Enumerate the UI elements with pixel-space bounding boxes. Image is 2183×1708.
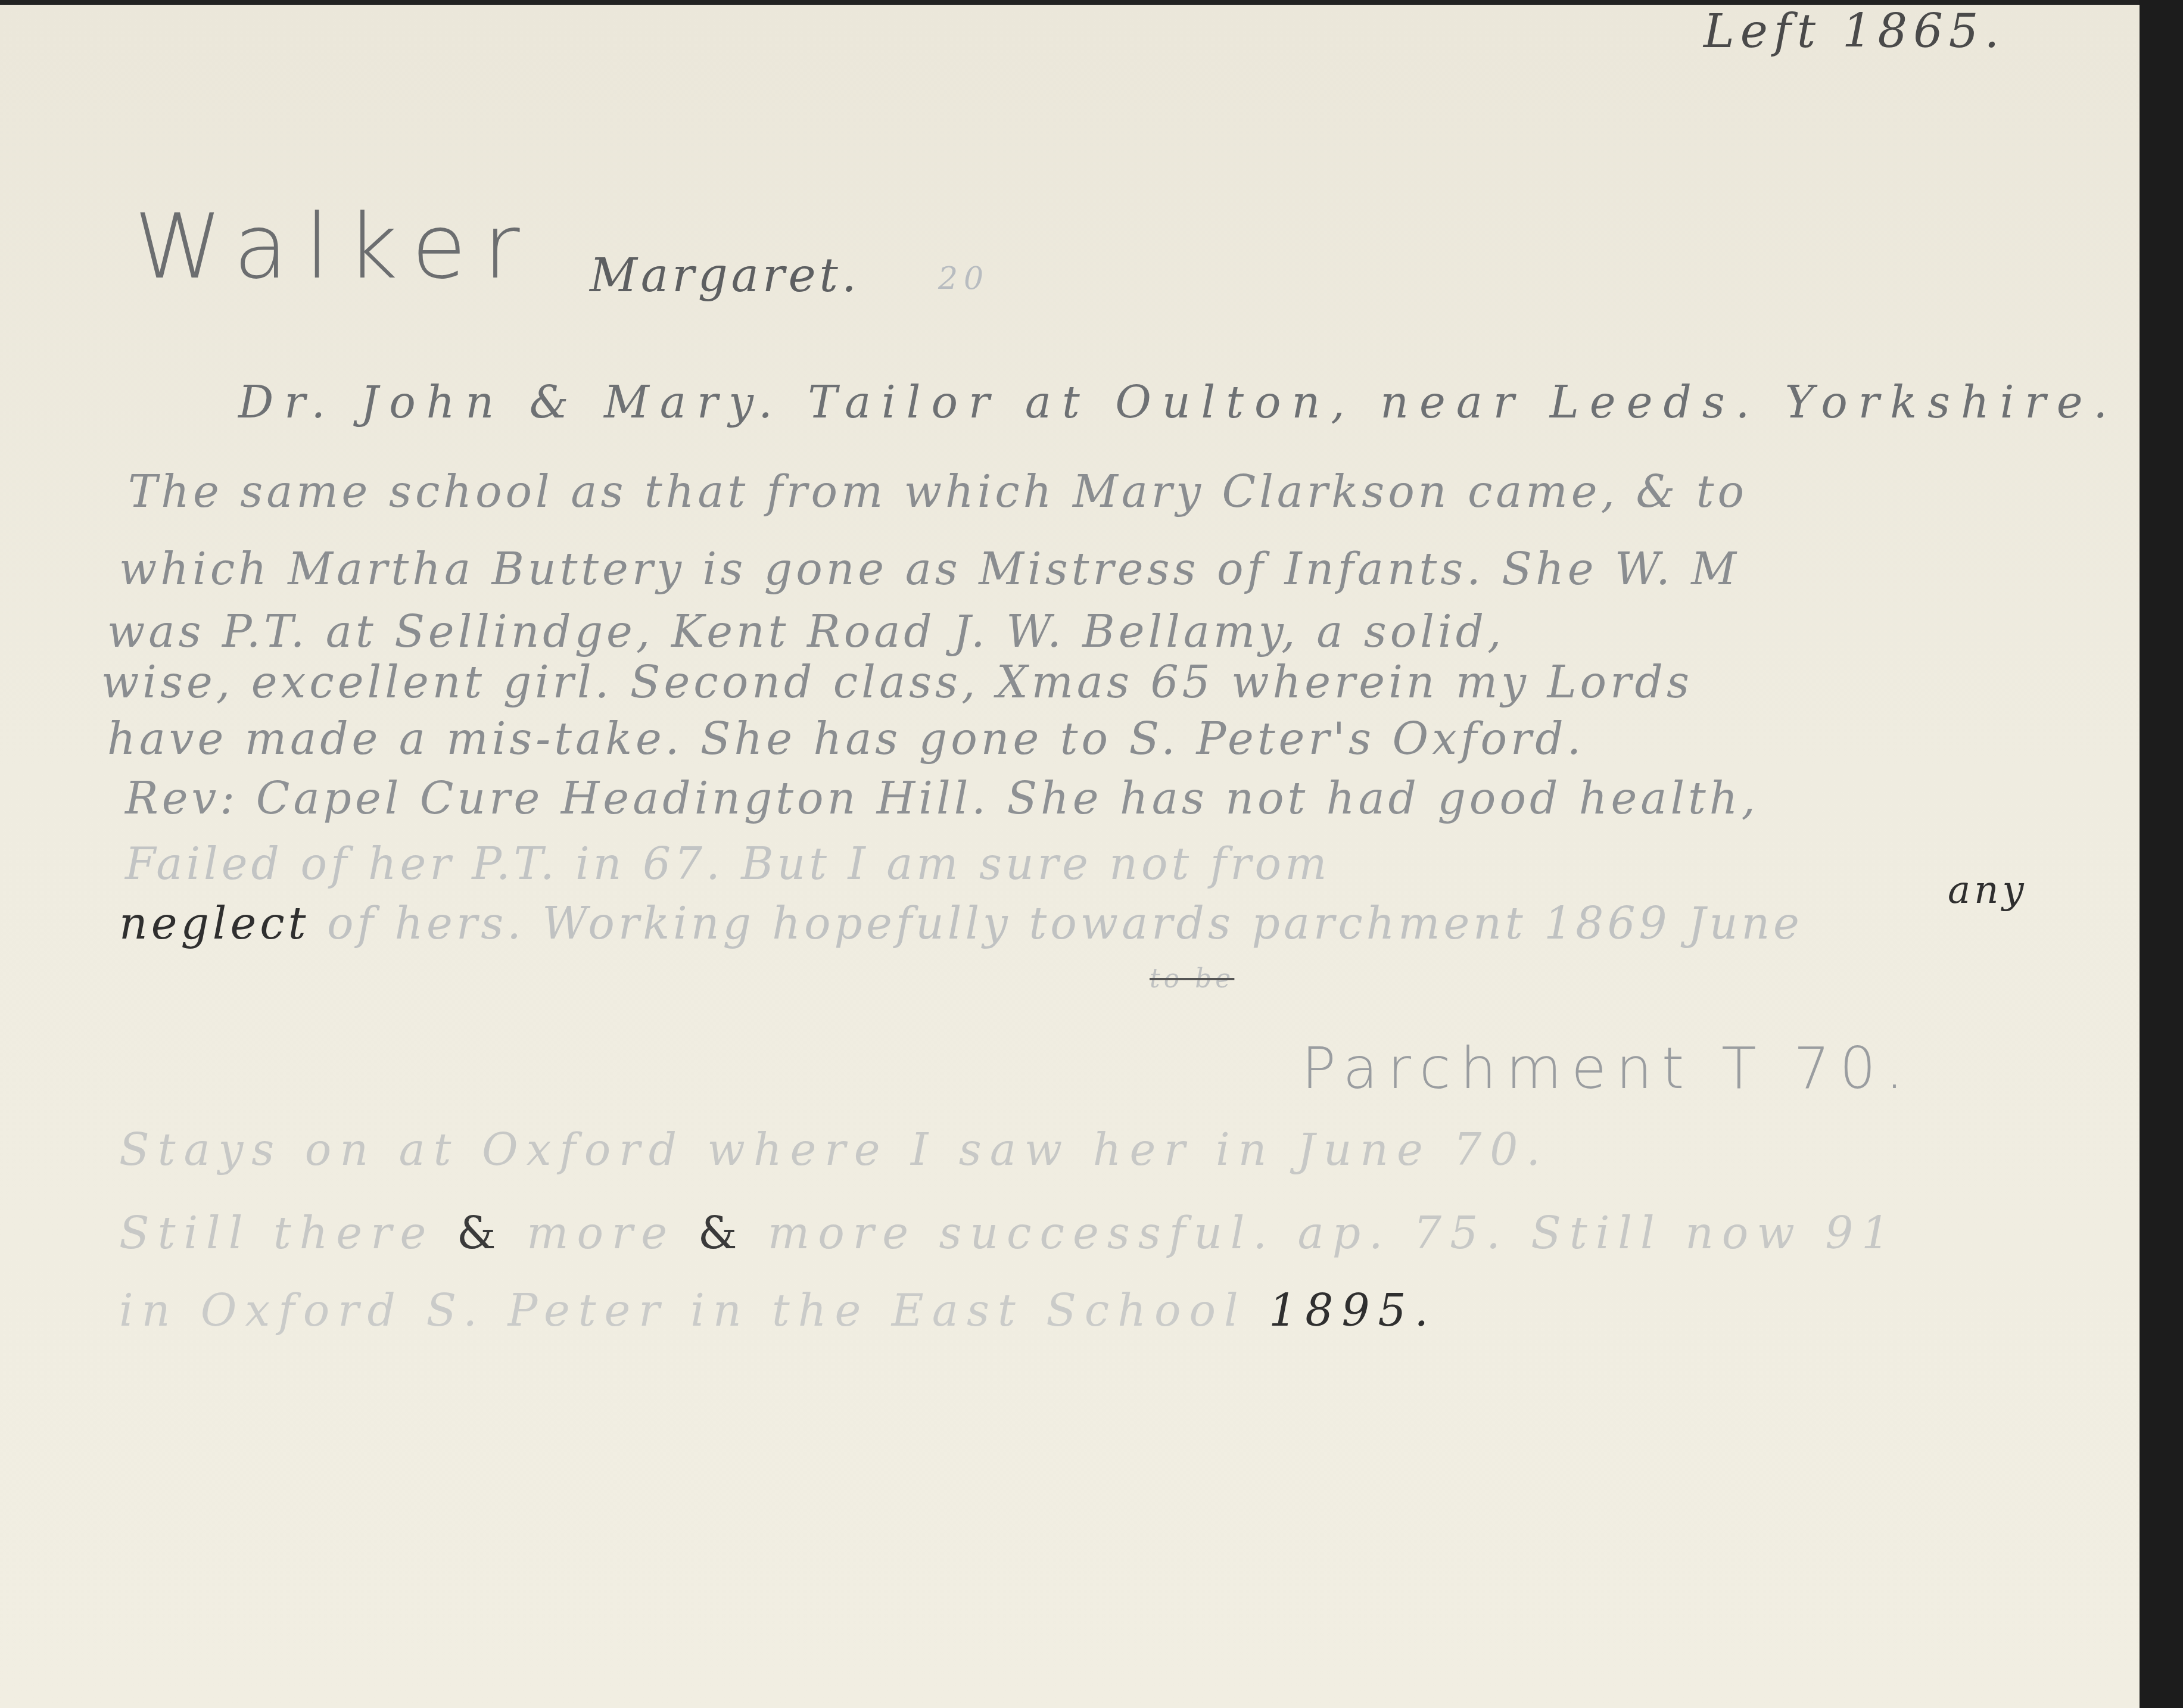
body-line-1: Dr. John & Mary. Tailor at Oulton, near … — [238, 377, 2118, 428]
body-line-2: The same school as that from which Mary … — [128, 466, 1748, 518]
ampersand: & — [457, 1208, 505, 1259]
body-line-9-text: of hers. Working hopefully towards parch… — [327, 898, 1803, 949]
later-note-3: in Oxford S. Peter in the East School 18… — [119, 1285, 1437, 1336]
body-line-7: Rev: Capel Cure Headington Hill. She has… — [125, 773, 1759, 824]
age: 20 — [938, 261, 989, 297]
parchment-note: Parchment T 70. — [1301, 1035, 1913, 1102]
body-line-8: Failed of her P.T. in 67. But I am sure … — [125, 839, 1330, 890]
later-note-2-part: Still there — [119, 1208, 434, 1259]
scan-top-edge — [0, 0, 2183, 5]
later-note-2-part: more successful. ap. 75. Still now 91 — [768, 1208, 1898, 1259]
body-line-3: which Martha Buttery is gone as Mistress… — [119, 544, 1740, 595]
later-note-2-part: more — [527, 1208, 675, 1259]
later-note-1: Stays on at Oxford where I saw her in Ju… — [119, 1124, 1549, 1176]
scan-right-edge — [2140, 0, 2183, 1708]
body-line-6: have made a mis-take. She has gone to S.… — [107, 713, 1584, 765]
insertion-any: any — [1948, 868, 2028, 912]
body-line-9: neglect of hers. Working hopefully towar… — [119, 898, 1803, 949]
year-1895: 1895. — [1269, 1285, 1437, 1336]
left-year-note: Left 1865. — [1704, 5, 2005, 58]
surname: Walker — [134, 195, 537, 299]
later-note-3-text: in Oxford S. Peter in the East School — [119, 1285, 1247, 1336]
body-line-4: was P.T. at Sellindge, Kent Road J. W. B… — [107, 606, 1505, 657]
body-line-5: wise, excellent girl. Second class, Xmas… — [101, 657, 1693, 708]
forename: Margaret. — [590, 249, 860, 303]
later-note-2: Still there & more & more successful. ap… — [119, 1208, 1898, 1259]
neglect-word: neglect — [119, 898, 309, 949]
ampersand: & — [698, 1208, 746, 1259]
struck-through-text: to be — [1150, 964, 1234, 994]
record-page: Left 1865. Walker Margaret. 20 Dr. John … — [0, 5, 2140, 1708]
